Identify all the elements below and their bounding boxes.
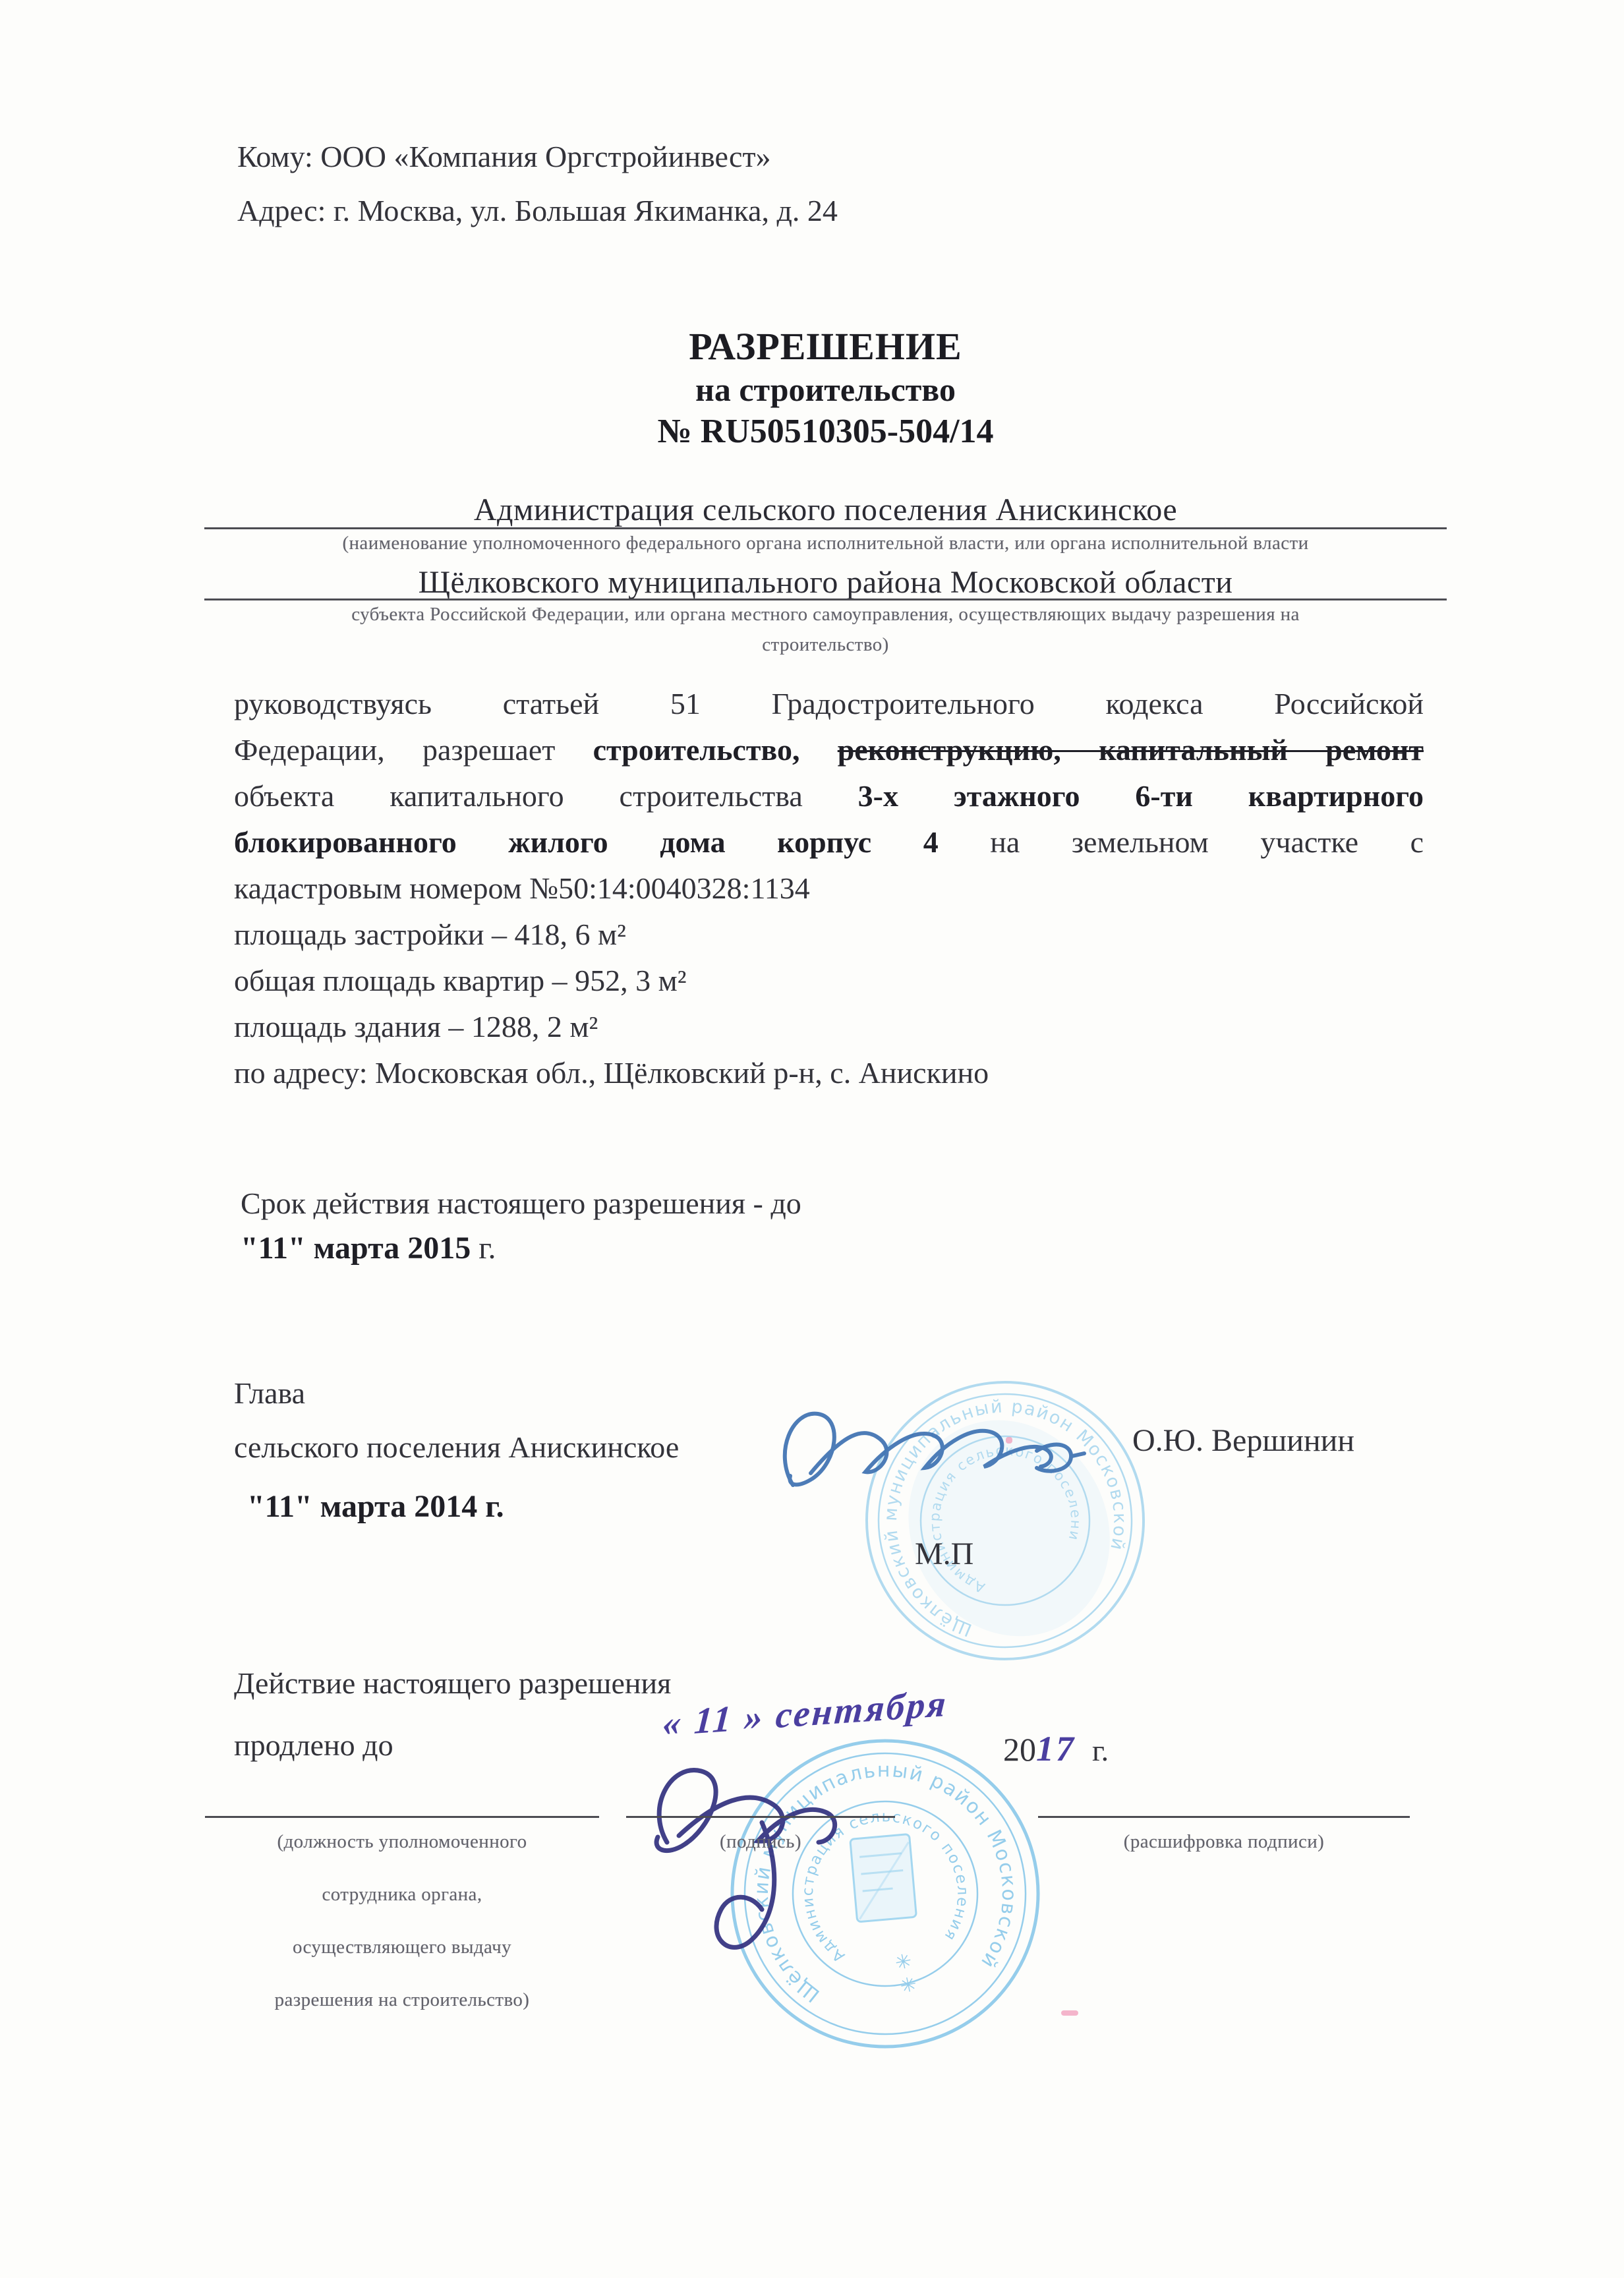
body-line-2-normal: Федерации, разрешает [234,733,555,767]
body-line-2: Федерации, разрешает строительство, реко… [234,733,1424,768]
extension-label-line1: Действие настоящего разрешения [234,1666,671,1701]
caption-name: (расшифровка подписи) [1038,1831,1410,1853]
issuer-caption-1: (наименование уполномоченного федерально… [204,533,1447,554]
signature-line [626,1816,895,1818]
caption-position-2: сотрудника органа, [205,1884,599,1906]
issuer-name-line1: Администрация сельского поселения Аниски… [204,492,1447,528]
approval-date: "11" марта 2014 г. [247,1488,504,1525]
caption-signature: (подпись) [626,1831,895,1853]
caption-position-4: разрешения на строительство) [205,1989,599,2011]
issuer-rule-2 [204,599,1447,600]
issuer-caption-2: субъекта Российской Федерации, или орган… [204,604,1447,626]
document-subtitle: на строительство [204,370,1447,409]
body-line-3: объекта капитального строительства 3-х э… [234,779,1424,814]
pink-ink-dash [1061,2010,1078,2016]
body-line-2-struck: реконструкцию, капитальный ремонт [838,733,1424,767]
document-title: РАЗРЕШЕНИЕ [204,324,1447,368]
body-line-4-normal: на земельном участке с [990,825,1424,859]
body-line-4-bold: блокированного жилого дома корпус 4 [234,825,939,859]
seal-star-2: ✳ [898,1972,920,1999]
issuer-caption-3: строительство) [204,634,1447,656]
cadastral-number-line: кадастровым номером №50:14:0040328:1134 [234,871,810,906]
area-built-line: площадь застройки – 418, 6 м² [234,918,626,952]
seal-place-mark: М.П [915,1536,973,1572]
position-signature-line [205,1816,599,1818]
signer-position-line2: сельского поселения Анискинское [234,1430,679,1465]
name-signature-line [1038,1816,1410,1818]
issuer-rule-1 [204,527,1447,529]
pink-ink-dot [1006,1437,1012,1444]
validity-label: Срок действия настоящего разрешения - до [241,1186,801,1221]
area-flats-line: общая площадь квартир – 952, 3 м² [234,964,687,999]
head-signature [774,1387,1091,1519]
body-line-3-bold: 3-х этажного 6-ти квартирного [858,779,1424,813]
validity-date-bold: "11" марта 2015 [241,1231,471,1266]
recipient-address-line: Адрес: г. Москва, ул. Большая Якиманка, … [237,194,838,229]
validity-date: "11" марта 2015 г. [241,1230,496,1266]
caption-position-3: осуществляющего выдачу [205,1937,599,1958]
seal-star-1: ✳ [893,1949,915,1975]
object-address-line: по адресу: Московская обл., Щёлковский р… [234,1056,989,1091]
handwritten-month: сентября [774,1683,949,1737]
body-line-2-bold: строительство, [593,733,800,767]
permit-document-page: Кому: ООО «Компания Оргстройинвест» Адре… [0,0,1624,2278]
signer-position-line1: Глава [234,1376,305,1411]
body-line-1: руководствуясь статьей 51 Градостроитель… [234,687,1424,722]
body-line-4: блокированного жилого дома корпус 4 на з… [234,825,1424,860]
body-line-3-normal: объекта капитального строительства [234,779,803,813]
caption-position-1: (должность уполномоченного [205,1831,599,1853]
signer-name: О.Ю. Вершинин [1132,1422,1354,1459]
extension-label-line2: продлено до [234,1728,393,1763]
recipient-to-line: Кому: ООО «Компания Оргстройинвест» [237,140,771,175]
year-suffix: г. [1092,1734,1109,1767]
validity-date-suffix: г. [478,1231,496,1266]
issuer-name-line2: Щёлковского муниципального района Москов… [204,564,1447,600]
document-number: № RU50510305-504/14 [204,412,1447,451]
area-building-line: площадь здания – 1288, 2 м² [234,1010,598,1045]
